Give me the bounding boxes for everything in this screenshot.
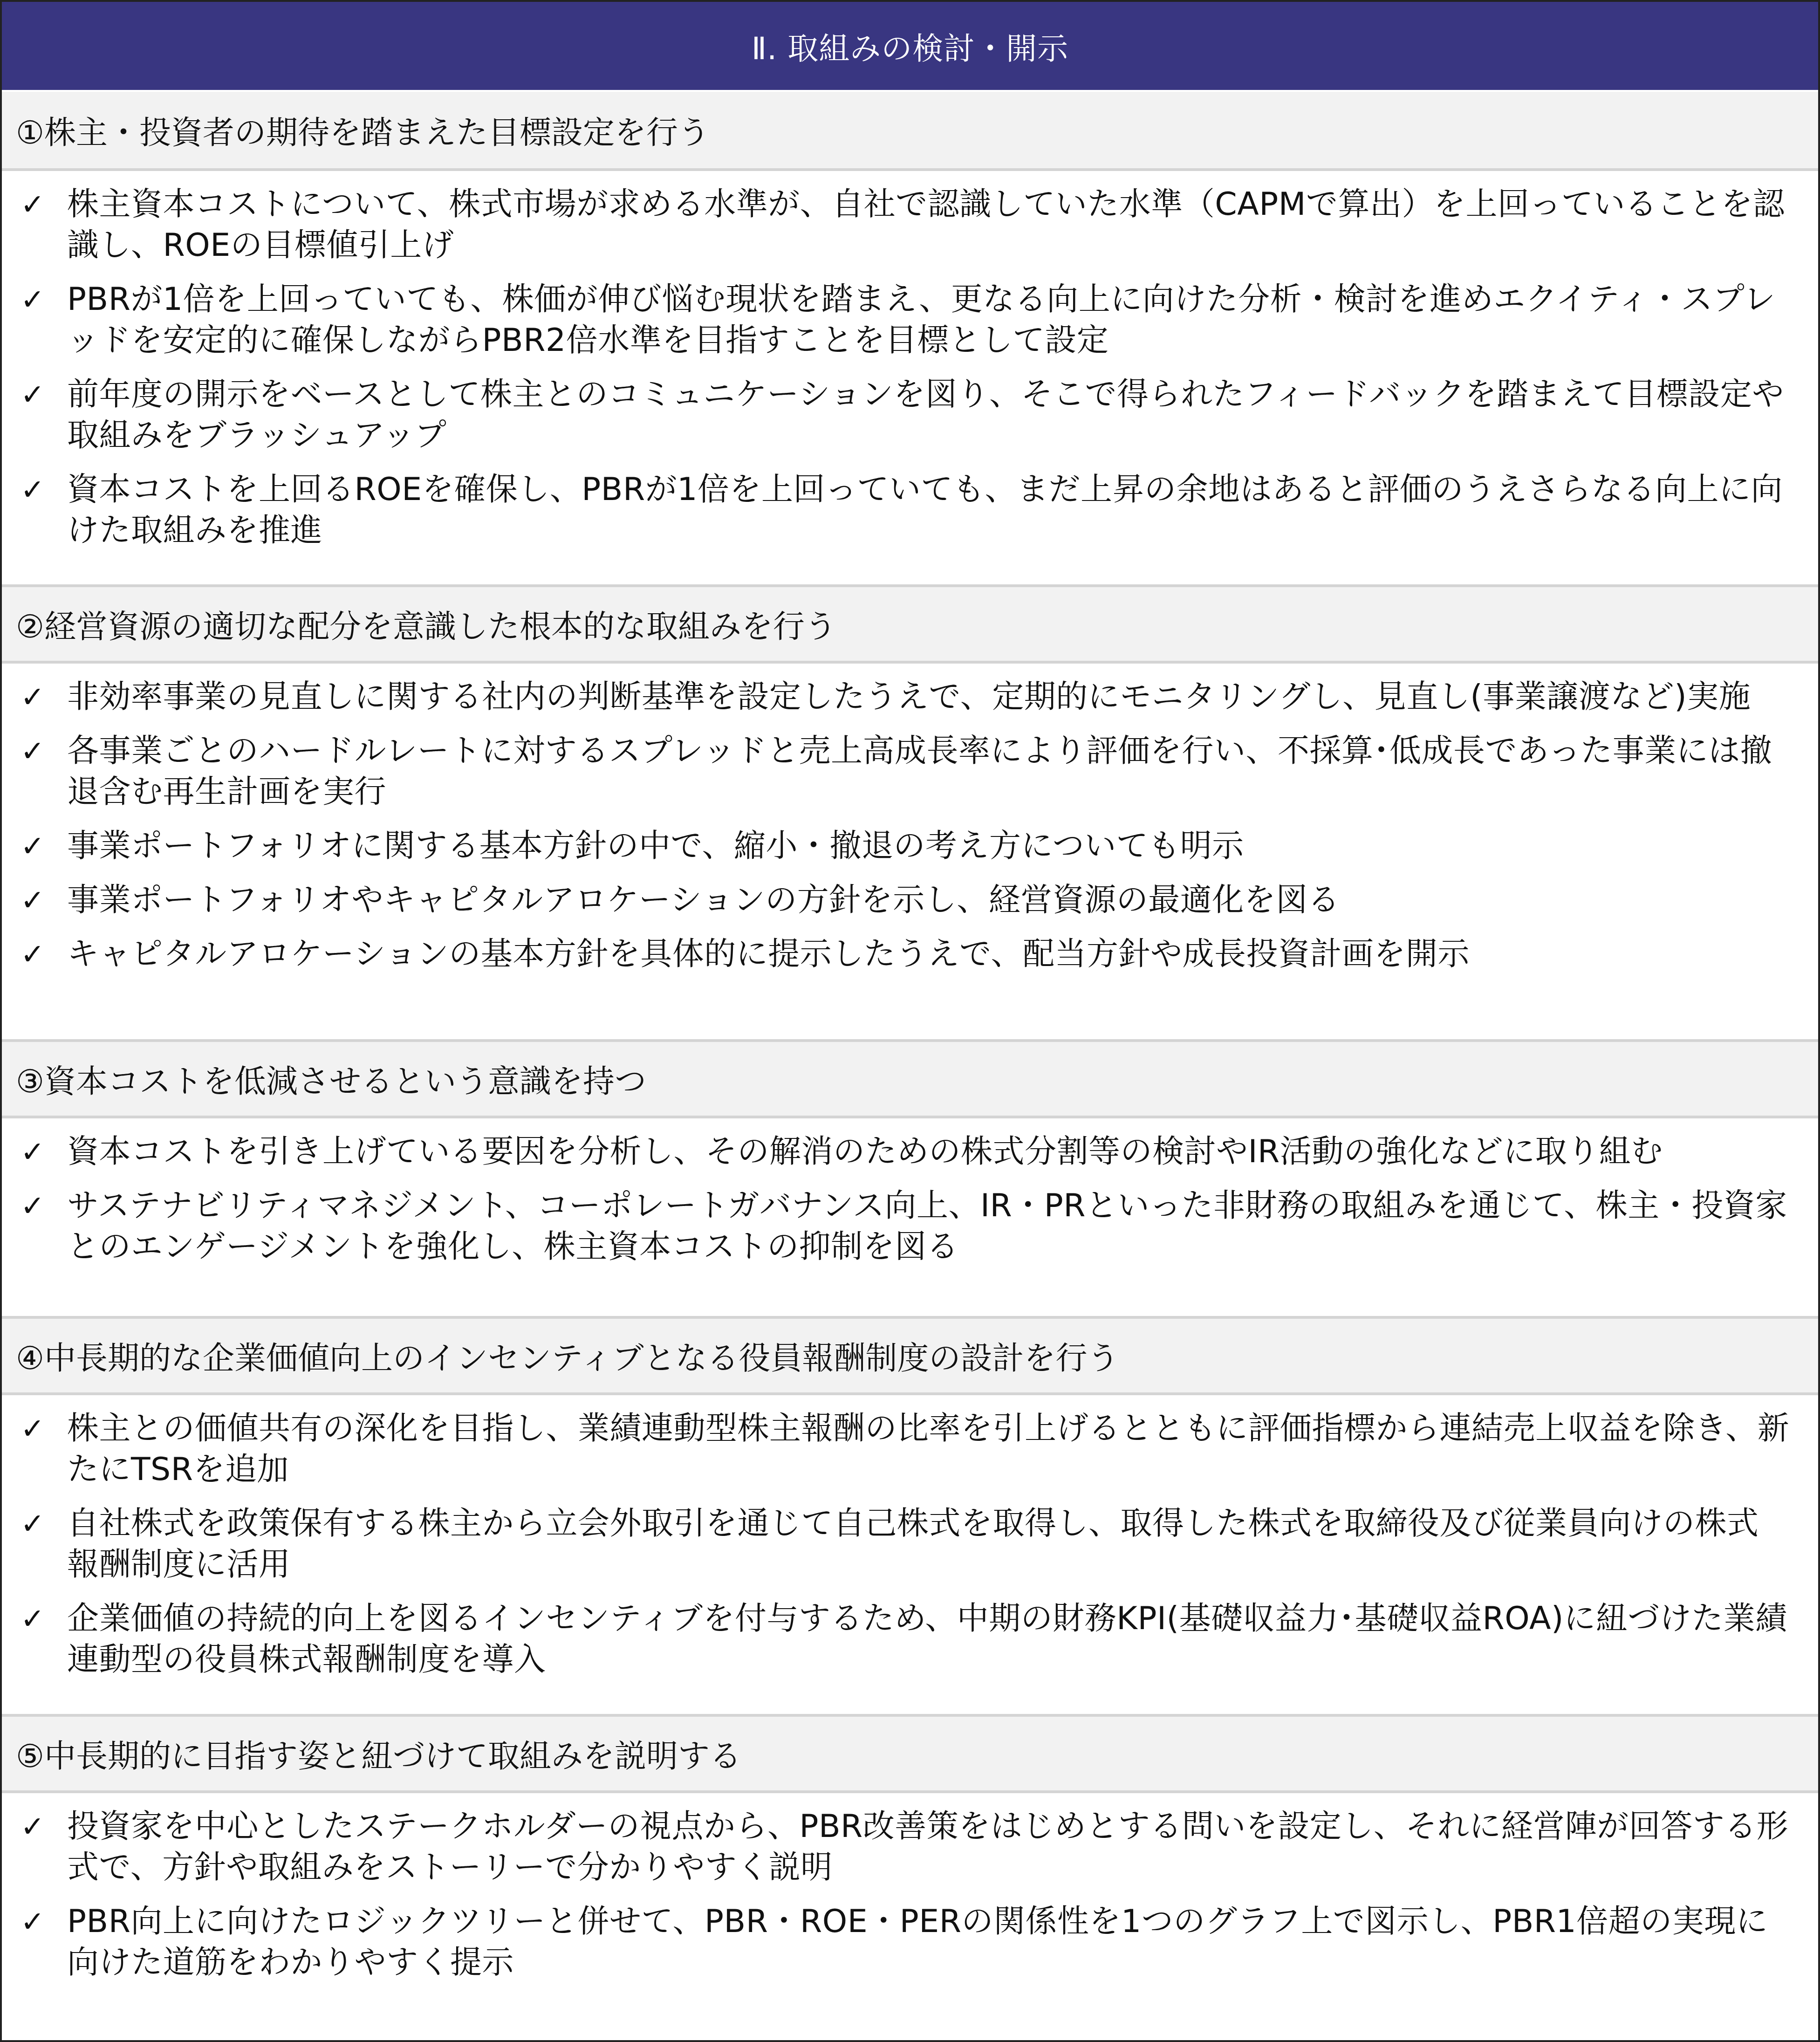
item-text: PBR向上に向けたロジックツリーと併せて、PBR・ROE・PERの関係性を1つの… xyxy=(67,1901,1790,1983)
list-item: ✓ 株主資本コストについて、株式市場が求める水準が、自社で認識していた水準（CA… xyxy=(18,184,1790,266)
section-heading: ②経営資源の適切な配分を意識した根本的な取組みを行う xyxy=(2,584,1818,664)
list-item: ✓ 企業価値の持続的向上を図るインセンティブを付与するため、中期の財務KPI(基… xyxy=(18,1598,1790,1680)
item-text: PBRが1倍を上回っていても、株価が伸び悩む現状を踏まえ、更なる向上に向けた分析… xyxy=(67,279,1790,361)
check-icon: ✓ xyxy=(18,880,67,921)
section-5: ⑤中長期的に目指す姿と紐づけて取組みを説明する ✓ 投資家を中心としたステークホ… xyxy=(2,1714,1818,2000)
check-icon: ✓ xyxy=(18,1901,67,1942)
item-text: 自社株式を政策保有する株主から立会外取引を通じて自己株式を取得し、取得した株式を… xyxy=(67,1503,1790,1585)
section-heading: ⑤中長期的に目指す姿と紐づけて取組みを説明する xyxy=(2,1714,1818,1793)
item-text: 事業ポートフォリオに関する基本方針の中で、縮小・撤退の考え方についても明示 xyxy=(67,826,1790,867)
list-item: ✓ 非効率事業の見直しに関する社内の判断基準を設定したうえで、定期的にモニタリン… xyxy=(18,677,1790,718)
page-title: Ⅱ. 取組みの検討・開示 xyxy=(2,2,1818,92)
list-item: ✓ 事業ポートフォリオに関する基本方針の中で、縮小・撤退の考え方についても明示 xyxy=(18,826,1790,867)
item-text: 事業ポートフォリオやキャピタルアロケーションの方針を示し、経営資源の最適化を図る xyxy=(67,880,1790,921)
item-text: 各事業ごとのハードルレートに対するスプレッドと売上高成長率により評価を行い、不採… xyxy=(67,731,1790,813)
list-item: ✓ 資本コストを引き上げている要因を分析し、その解消のための株式分割等の検討やI… xyxy=(18,1131,1790,1172)
list-item: ✓ PBR向上に向けたロジックツリーと併せて、PBR・ROE・PERの関係性を1… xyxy=(18,1901,1790,1983)
check-icon: ✓ xyxy=(18,279,67,320)
section-body: ✓ 株主との価値共有の深化を目指し、業績連動型株主報酬の比率を引上げるとともに評… xyxy=(2,1395,1818,1714)
item-text: 資本コストを上回るROEを確保し、PBRが1倍を上回っていても、まだ上昇の余地は… xyxy=(67,469,1790,551)
item-text: 資本コストを引き上げている要因を分析し、その解消のための株式分割等の検討やIR活… xyxy=(67,1131,1790,1172)
list-item: ✓ 投資家を中心としたステークホルダーの視点から、PBR改善策をはじめとする問い… xyxy=(18,1806,1790,1888)
list-item: ✓ PBRが1倍を上回っていても、株価が伸び悩む現状を踏まえ、更なる向上に向けた… xyxy=(18,279,1790,361)
section-heading: ①株主・投資者の期待を踏まえた目標設定を行う xyxy=(2,92,1818,171)
section-1: ①株主・投資者の期待を踏まえた目標設定を行う ✓ 株主資本コストについて、株式市… xyxy=(2,92,1818,584)
check-icon: ✓ xyxy=(18,731,67,772)
item-text: サステナビリティマネジメント、コーポレートガバナンス向上、IR・PRといった非財… xyxy=(67,1185,1790,1268)
section-heading: ③資本コストを低減させるという意識を持つ xyxy=(2,1039,1818,1118)
item-text: 前年度の開示をベースとして株主とのコミュニケーションを図り、そこで得られたフィー… xyxy=(67,374,1790,456)
section-3: ③資本コストを低減させるという意識を持つ ✓ 資本コストを引き上げている要因を分… xyxy=(2,1039,1818,1316)
document-frame: Ⅱ. 取組みの検討・開示 ①株主・投資者の期待を踏まえた目標設定を行う ✓ 株主… xyxy=(0,0,1820,2042)
check-icon: ✓ xyxy=(18,934,67,975)
list-item: ✓ 株主との価値共有の深化を目指し、業績連動型株主報酬の比率を引上げるとともに評… xyxy=(18,1408,1790,1490)
check-icon: ✓ xyxy=(18,469,67,510)
check-icon: ✓ xyxy=(18,1185,67,1227)
section-body: ✓ 資本コストを引き上げている要因を分析し、その解消のための株式分割等の検討やI… xyxy=(2,1118,1818,1316)
check-icon: ✓ xyxy=(18,677,67,718)
section-body: ✓ 投資家を中心としたステークホルダーの視点から、PBR改善策をはじめとする問い… xyxy=(2,1793,1818,2000)
check-icon: ✓ xyxy=(18,1408,67,1449)
item-text: 株主との価値共有の深化を目指し、業績連動型株主報酬の比率を引上げるとともに評価指… xyxy=(67,1408,1790,1490)
check-icon: ✓ xyxy=(18,374,67,415)
section-heading: ④中長期的な企業価値向上のインセンティブとなる役員報酬制度の設計を行う xyxy=(2,1316,1818,1395)
section-body: ✓ 株主資本コストについて、株式市場が求める水準が、自社で認識していた水準（CA… xyxy=(2,171,1818,584)
section-body: ✓ 非効率事業の見直しに関する社内の判断基準を設定したうえで、定期的にモニタリン… xyxy=(2,664,1818,1039)
item-text: 株主資本コストについて、株式市場が求める水準が、自社で認識していた水準（CAPM… xyxy=(67,184,1790,266)
section-2: ②経営資源の適切な配分を意識した根本的な取組みを行う ✓ 非効率事業の見直しに関… xyxy=(2,584,1818,1039)
list-item: ✓ 自社株式を政策保有する株主から立会外取引を通じて自己株式を取得し、取得した株… xyxy=(18,1503,1790,1585)
check-icon: ✓ xyxy=(18,1598,67,1639)
list-item: ✓ キャピタルアロケーションの基本方針を具体的に提示したうえで、配当方針や成長投… xyxy=(18,934,1790,975)
section-4: ④中長期的な企業価値向上のインセンティブとなる役員報酬制度の設計を行う ✓ 株主… xyxy=(2,1316,1818,1714)
check-icon: ✓ xyxy=(18,826,67,867)
item-text: キャピタルアロケーションの基本方針を具体的に提示したうえで、配当方針や成長投資計… xyxy=(67,934,1790,975)
item-text: 企業価値の持続的向上を図るインセンティブを付与するため、中期の財務KPI(基礎収… xyxy=(67,1598,1790,1680)
check-icon: ✓ xyxy=(18,1503,67,1544)
list-item: ✓ 前年度の開示をベースとして株主とのコミュニケーションを図り、そこで得られたフ… xyxy=(18,374,1790,456)
check-icon: ✓ xyxy=(18,1806,67,1847)
list-item: ✓ 事業ポートフォリオやキャピタルアロケーションの方針を示し、経営資源の最適化を… xyxy=(18,880,1790,921)
check-icon: ✓ xyxy=(18,184,67,225)
list-item: ✓ サステナビリティマネジメント、コーポレートガバナンス向上、IR・PRといった… xyxy=(18,1185,1790,1268)
list-item: ✓ 各事業ごとのハードルレートに対するスプレッドと売上高成長率により評価を行い、… xyxy=(18,731,1790,813)
item-text: 非効率事業の見直しに関する社内の判断基準を設定したうえで、定期的にモニタリングし… xyxy=(67,677,1790,718)
check-icon: ✓ xyxy=(18,1131,67,1172)
item-text: 投資家を中心としたステークホルダーの視点から、PBR改善策をはじめとする問いを設… xyxy=(67,1806,1790,1888)
list-item: ✓ 資本コストを上回るROEを確保し、PBRが1倍を上回っていても、まだ上昇の余… xyxy=(18,469,1790,551)
